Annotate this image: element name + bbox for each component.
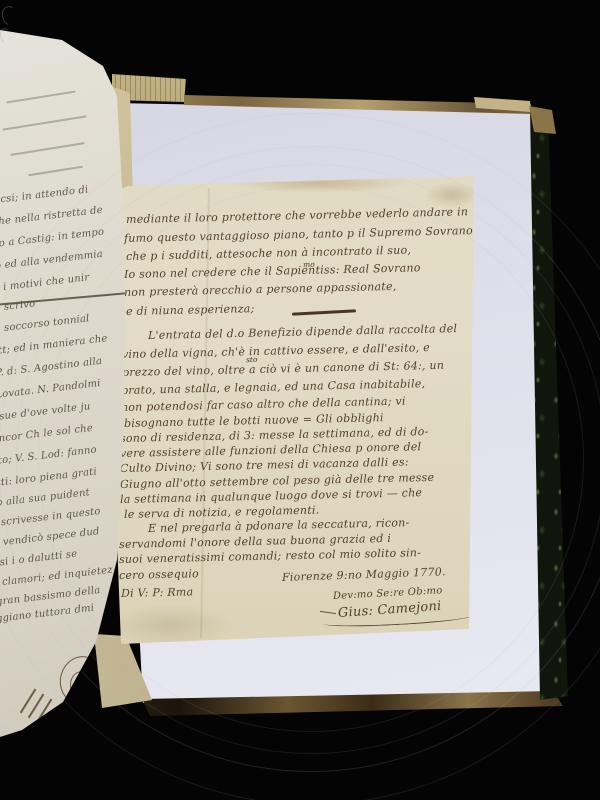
emboss-arc bbox=[0, 113, 600, 800]
ink-bleedthrough bbox=[28, 166, 83, 176]
pen-hatch-marks bbox=[36, 699, 52, 724]
ink-bleedthrough bbox=[10, 142, 84, 155]
pen-hatch-marks bbox=[20, 689, 36, 714]
ink-bleedthrough bbox=[6, 91, 75, 103]
manuscript-photo: mo sto mediante il loro protettore che v… bbox=[0, 0, 600, 800]
ink-bleedthrough bbox=[2, 115, 86, 130]
pen-hatch-marks bbox=[28, 694, 44, 719]
corner-mark bbox=[0, 26, 14, 45]
corner-mark bbox=[0, 4, 21, 28]
